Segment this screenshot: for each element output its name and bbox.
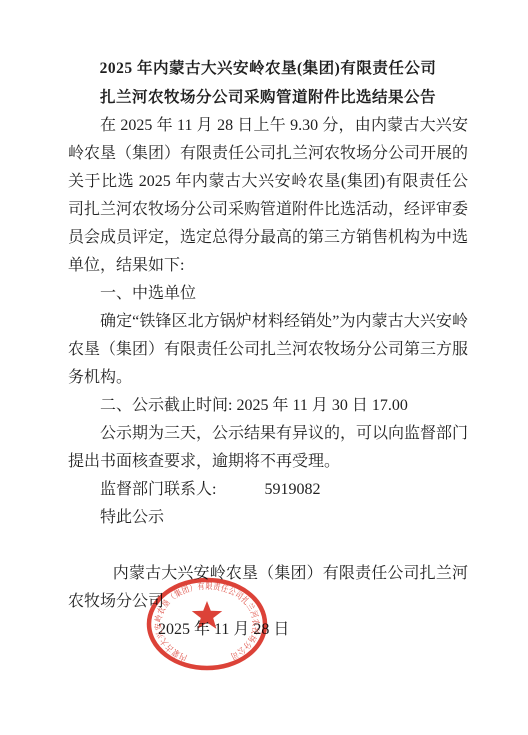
contact-label: 监督部门联系人:	[100, 481, 216, 498]
section1-body: 确定“铁锋区北方锅炉材料经销处”为内蒙古大兴安岭农垦（集团）有限责任公司扎兰河农…	[68, 308, 468, 392]
document-title-line1: 2025 年内蒙古大兴安岭农垦(集团)有限责任公司	[68, 54, 468, 83]
signature-company: 内蒙古大兴安岭农垦（集团）有限责任公司扎兰河农牧场分公司	[68, 560, 468, 616]
closing-line: 特此公示	[68, 504, 468, 532]
document-title-line2: 扎兰河农牧场分公司采购管道附件比选结果公告	[68, 83, 468, 112]
document-page: 2025 年内蒙古大兴安岭农垦(集团)有限责任公司 扎兰河农牧场分公司采购管道附…	[0, 0, 528, 735]
section2-body: 公示期为三天，公示结果有异议的，可以向监督部门提出书面核查要求，逾期将不再受理。	[68, 420, 468, 476]
contact-line: 监督部门联系人:5919082	[68, 476, 468, 504]
section2-heading: 二、公示截止时间: 2025 年 11 月 30 日 17.00	[68, 392, 468, 420]
section1-heading: 一、中选单位	[68, 280, 468, 308]
signature-date: 2025 年 11 月 28 日	[68, 616, 468, 644]
intro-paragraph: 在 2025 年 11 月 28 日上午 9.30 分，由内蒙古大兴安岭农垦（集…	[68, 112, 468, 280]
contact-number: 5919082	[264, 481, 320, 498]
